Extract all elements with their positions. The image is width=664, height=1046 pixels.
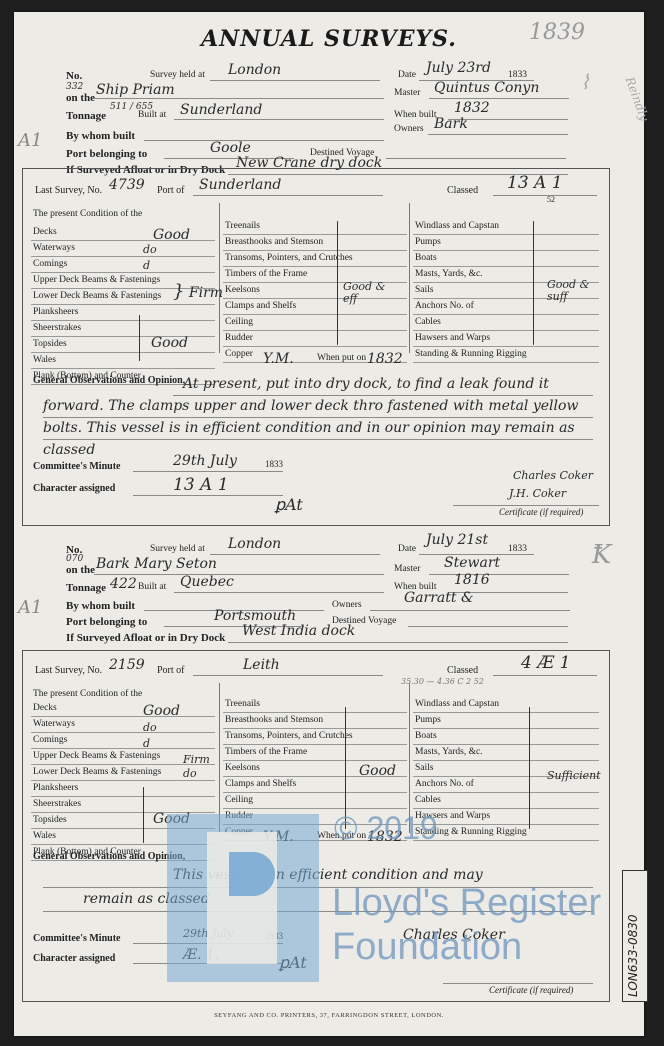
condition-label: Treenails [225,699,260,709]
condition-label: Windlass and Capstan [415,221,499,231]
survey-2-frame-condition: Good [359,763,396,779]
condition-label: Keelsons [225,763,260,773]
survey-2-date: July 21st [426,532,488,548]
condition-label: Comings [33,735,67,745]
condition-label: Timbers of the Frame [225,747,307,757]
survey-1-copper-year: 1832 [367,351,403,367]
condition-label: Ceiling [225,795,253,805]
condition-label: Transoms, Pointers, and Crutches [225,731,353,741]
label-last-survey: Last Survey, No. [35,185,102,196]
survey-2-port-of: Leith [243,657,280,673]
label-port-belonging: Port belonging to [66,148,147,160]
survey-1-year: 1833 [508,70,527,80]
label-classed: Classed [447,185,478,196]
condition-label: Breasthooks and Stemson [225,237,323,247]
survey-1-committees-minute: 29th July [173,453,237,469]
condition-label: Upper Deck Beams & Fastenings [33,275,160,285]
survey-1-certificate-label: Certificate (if required) [499,507,583,517]
label-owners: Owners [394,124,424,134]
watermark-copyright: © 2019 [334,810,438,847]
label-committees-minute: Committee's Minute [33,461,120,472]
condition-label: Upper Deck Beams & Fastenings [33,751,160,761]
condition-label: Cables [415,795,441,805]
survey-1-decks: Good [153,227,190,243]
label-date: Date [398,70,416,80]
condition-label: Wales [33,355,56,365]
survey-2-built-at: Quebec [180,574,234,590]
condition-label: Masts, Yards, &c. [415,747,483,757]
condition-label: Waterways [33,719,75,729]
condition-label: Lower Deck Beams & Fastenings [33,291,161,301]
survey-1-vessel: Ship Priam [96,82,175,98]
condition-label: Sheerstrakes [33,323,81,333]
condition-label: Comings [33,259,67,269]
survey-2-when-built: 1816 [454,572,490,588]
label-on-the: on the [66,92,95,104]
survey-1-last-survey-no: 4739 [109,177,145,193]
margin-mark-1: A1 [18,130,42,151]
survey-1-port-belonging: Goole [210,140,251,156]
condition-label: Clamps and Shelfs [225,301,296,311]
label-character-assigned: Character assigned [33,483,115,494]
condition-label: Masts, Yards, &c. [415,269,483,279]
condition-label: Decks [33,227,57,237]
reference-label: LON633-0830 [622,870,648,1002]
margin-mark-2: A1 [18,597,42,618]
survey-document-page: ANNUAL SURVEYS. 1839 A1 A1 No. 332 on th… [14,12,644,1036]
condition-label: Pumps [415,237,441,247]
condition-label: Copper [225,349,253,359]
label-master: Master [394,88,420,98]
survey-1-port-of: Sunderland [199,177,281,193]
condition-label: Sails [415,763,433,773]
survey-1-upper-deck-beams: } Firm [173,281,223,302]
survey-1-held-at: London [228,62,281,78]
survey-1-owners: Bark [434,116,468,132]
label-by-whom-built: By whom built [66,130,135,142]
label-when-built: When built [394,110,436,120]
lloyds-register-logo [167,814,319,982]
condition-label: Treenails [225,221,260,231]
label-when-put-on: When put on [317,353,366,363]
condition-label: Decks [33,703,57,713]
label-tonnage: Tonnage [66,110,106,122]
label-present-condition: The present Condition of the [33,209,142,219]
survey-1-signature-1: Charles Coker [513,469,593,482]
condition-label: Topsides [33,815,67,825]
label-no: No. [66,70,82,82]
label-built-at: Built at [138,110,166,120]
condition-label: Transoms, Pointers, and Crutches [225,253,353,263]
survey-1-character-assigned: 13 A 1 [173,475,229,495]
condition-label: Planksheers [33,783,78,793]
survey-1-classed-note: 52 [547,195,555,204]
survey-2-held-at: London [228,536,281,552]
label-port-of: Port of [157,185,185,196]
condition-label: Boats [415,731,437,741]
condition-label: Sails [415,285,433,295]
condition-label: Hawsers and Warps [415,333,490,343]
survey-1-master: Quintus Conyn [434,80,539,96]
condition-label: Cables [415,317,441,327]
condition-label: Anchors No. of [415,779,474,789]
condition-label: Anchors No. of [415,301,474,311]
condition-label: Planksheers [33,307,78,317]
condition-label: Boats [415,253,437,263]
condition-label: Ceiling [225,317,253,327]
survey-1-sails-condition: Good & suff [547,279,597,303]
condition-label: Clamps and Shelfs [225,779,296,789]
survey-1-copper: Y.M. [263,351,294,367]
survey-1-date: July 23rd [426,60,491,76]
printer-footer: SEYFANG AND CO. PRINTERS, 37, FARRINGDON… [14,1012,644,1019]
condition-label: Timbers of the Frame [225,269,307,279]
survey-1-built-at: Sunderland [180,102,262,118]
survey-1-condition-box: Last Survey, No. 4739 Port of Sunderland… [22,168,610,526]
survey-2-port-belonging: Portsmouth [214,608,296,624]
survey-2-owners: Garratt & [404,590,473,606]
survey-2-master: Stewart [444,555,500,571]
condition-label: Topsides [33,339,67,349]
survey-2-upper-deck-beams: Firm [183,753,210,766]
condition-label: Windlass and Capstan [415,699,499,709]
condition-label: Pumps [415,715,441,725]
survey-2-afloat-or-dock: West India dock [242,623,355,639]
condition-label: Rudder [225,333,253,343]
survey-2-no: 070 [66,554,83,564]
condition-label: Waterways [33,243,75,253]
survey-1-initials: ꝑAt [275,495,303,514]
condition-label: Lower Deck Beams & Fastenings [33,767,161,777]
survey-2-vessel: Bark Mary Seton [96,556,217,572]
survey-2-tonnage: 422 [110,576,137,592]
condition-label: Sheerstrakes [33,799,81,809]
survey-1-signature-2: J.H. Coker [509,487,566,500]
label-survey-held-at: Survey held at [150,70,205,80]
watermark-line-1: Lloyd's Register [332,882,601,925]
condition-label: Breasthooks and Stemson [225,715,323,725]
condition-label: Wales [33,831,56,841]
survey-2-sails-condition: Sufficient [547,769,601,782]
survey-2-classed: 4 Æ 1 [521,653,570,673]
survey-1-classed: 13 A 1 [507,173,563,193]
survey-1-when-built: 1832 [454,100,490,116]
survey-1-no: 332 [66,82,83,92]
survey-2-last-survey-no: 2159 [109,657,145,673]
survey-2-classed-note: 35.30 — 4.36 C 2 52 [401,677,484,686]
condition-label: Standing & Running Rigging [415,349,527,359]
survey-2-decks: Good [143,703,180,719]
condition-label: Keelsons [225,285,260,295]
survey-1-frame-condition: Good & eff [343,281,403,305]
watermark-line-2: Foundation [332,926,522,969]
corner-year-note: 1839 [529,20,585,45]
